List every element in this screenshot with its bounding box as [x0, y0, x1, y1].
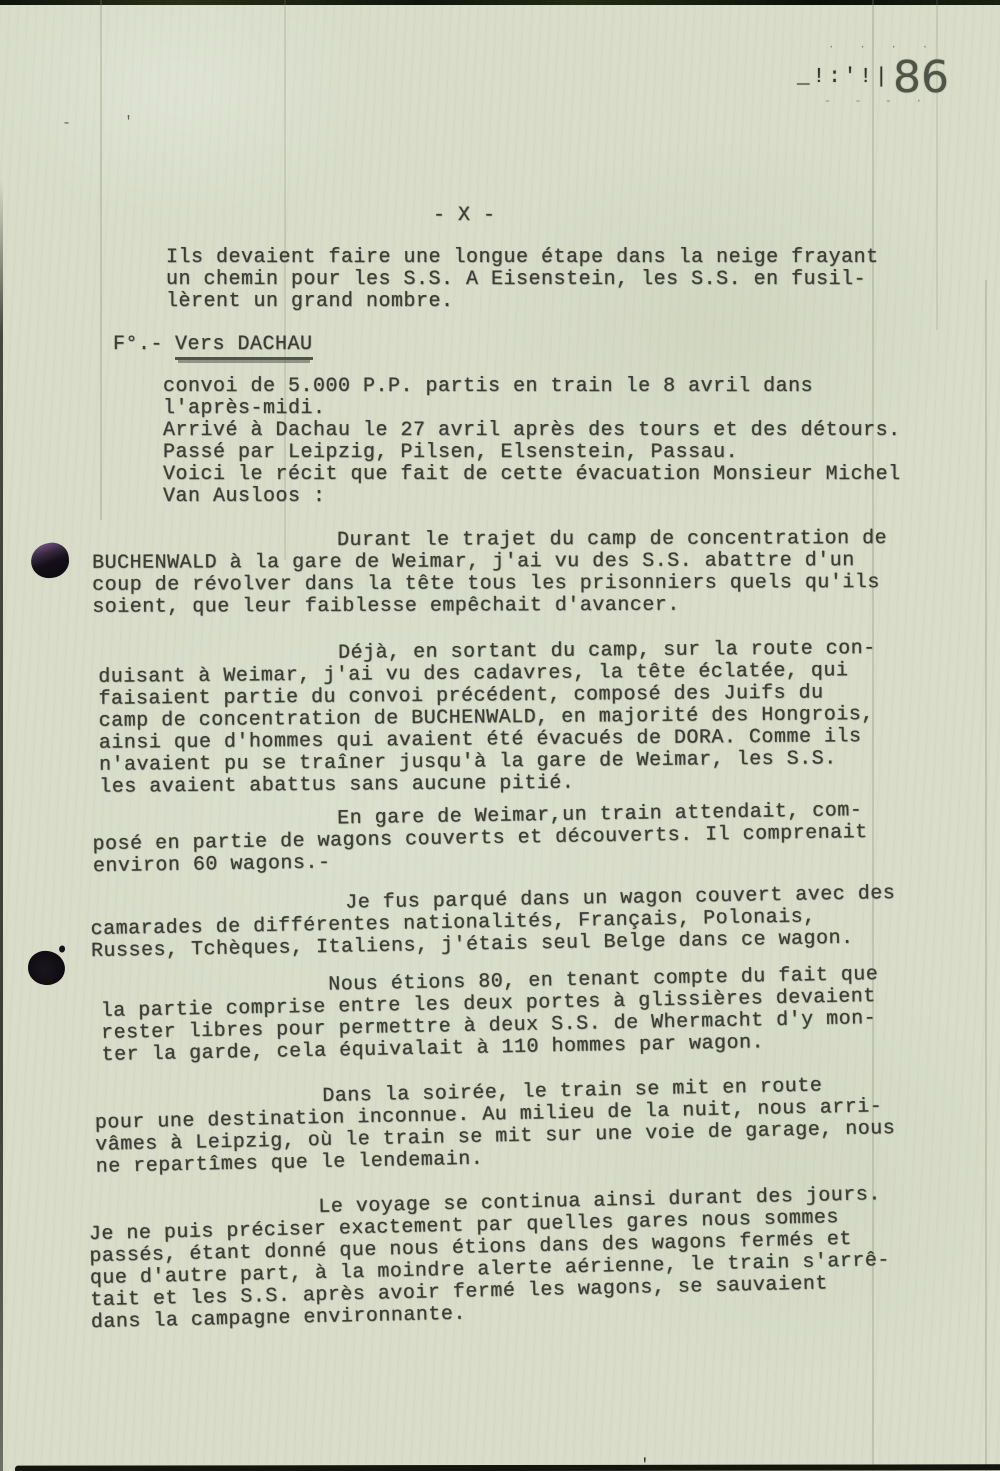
- paragraph: Je fus parqué dans un wagon couvert avec…: [90, 883, 896, 963]
- text-line: lèrent un grand nombre.: [166, 291, 879, 313]
- stamp-marks: _!:'!|: [797, 66, 891, 89]
- paragraph: Déjà, en sortant du camp, sur la route c…: [98, 638, 877, 799]
- text-line: Passé par Leipzig, Pilsen, Elsenstein, P…: [163, 442, 901, 464]
- paragraph: Nous étions 80, en tenant compte du fait…: [100, 964, 880, 1067]
- paragraph: En gare de Weimar,un train attendait, co…: [92, 800, 868, 878]
- ink-speck: ': [124, 114, 133, 131]
- paper-crease: [100, 0, 102, 520]
- punch-hole: [29, 541, 72, 581]
- section-marker: - X -: [433, 205, 496, 227]
- text-line: coup de révolver dans la tête tous les p…: [92, 572, 887, 597]
- text-line: Ils devaient faire une longue étape dans…: [166, 247, 879, 269]
- section-heading: F°.-Vers DACHAU: [113, 334, 313, 360]
- text-line: l'après-midi.: [163, 398, 901, 420]
- paragraph: Durant le trajet du camp de concentratio…: [92, 528, 887, 619]
- text-line: convoi de 5.000 P.P. partis en train le …: [163, 376, 901, 398]
- paragraph: convoi de 5.000 P.P. partis en train le …: [163, 376, 901, 508]
- punch-hole: [26, 949, 66, 987]
- text-line: les avaient abattus sans aucune pitié.: [99, 770, 877, 799]
- page-number: 86: [893, 52, 949, 103]
- paper-crease: [985, 280, 987, 1471]
- heading-title: Vers DACHAU: [175, 334, 313, 360]
- text-line: Voici le récit que fait de cette évacuat…: [163, 464, 901, 486]
- scan-edge-left: [0, 180, 3, 1471]
- text-line: soient, que leur faiblesse empêchait d'a…: [92, 594, 887, 619]
- text-line: Van Ausloos :: [163, 486, 901, 508]
- scan-edge-bottom: [15, 1464, 1000, 1471]
- paragraph: Ils devaient faire une longue étape dans…: [166, 247, 879, 313]
- ink-speck: -: [62, 115, 71, 132]
- text-line: un chemin pour les S.S. A Eisenstein, le…: [166, 269, 879, 291]
- scan-edge-top: [0, 0, 1000, 5]
- document-page: · · · · _!:'!| - - - · 86 - ' - X - Ils …: [0, 0, 1000, 1471]
- text-line: Arrivé à Dachau le 27 avril après des to…: [163, 420, 901, 442]
- paragraph: Dans la soirée, le train se mit en route…: [94, 1074, 896, 1179]
- heading-prefix: F°.-: [113, 333, 163, 356]
- paragraph: Le voyage se continua ainsi durant des j…: [88, 1184, 891, 1334]
